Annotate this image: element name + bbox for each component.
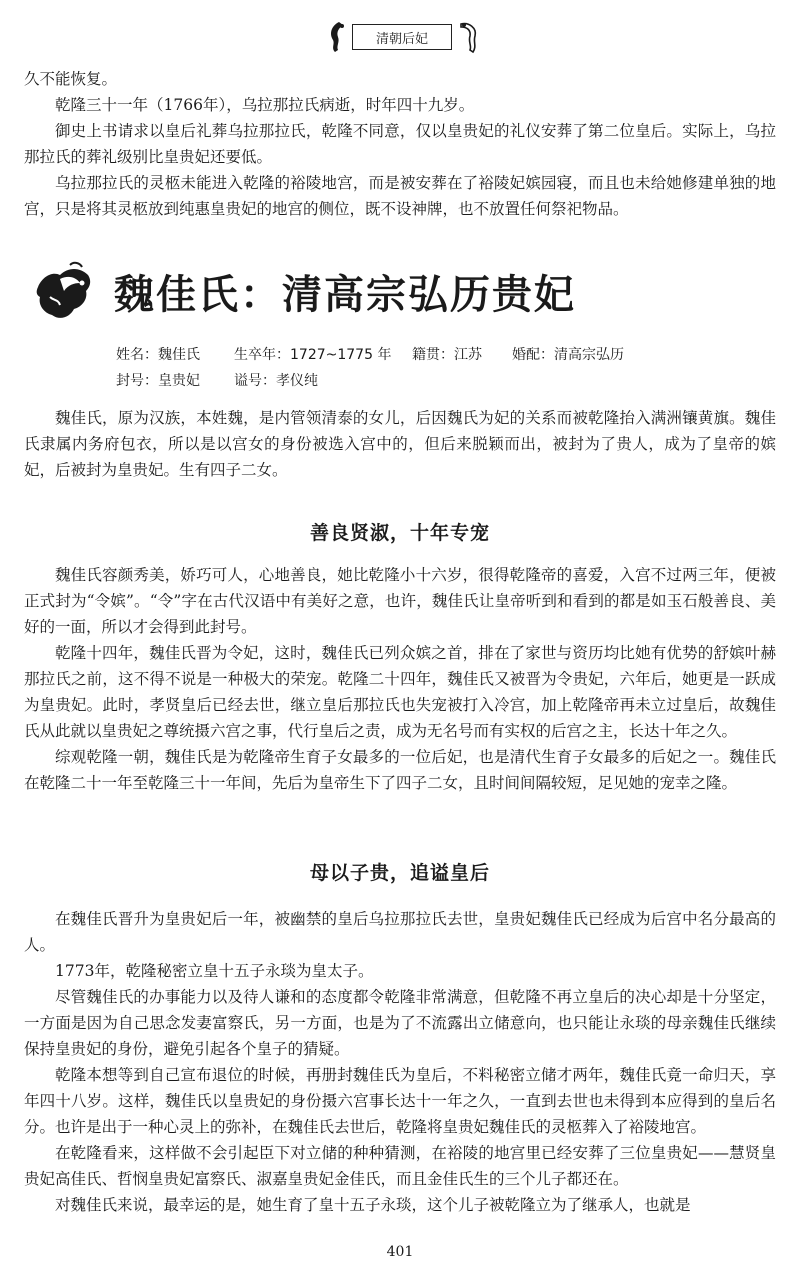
profile-info: 姓名：魏佳氏 生卒年：1727~1775 年 籍贯：江苏 婚配：清高宗弘历 封号… — [116, 342, 624, 394]
paragraph: 魏佳氏，原为汉族，本姓魏，是内管领清泰的女儿，后因魏氏为妃的关系而被乾隆抬入满洲… — [24, 405, 776, 483]
paragraph: 乾隆三十一年（1766年），乌拉那拉氏病逝，时年四十九岁。 — [24, 92, 776, 118]
paragraph: 对魏佳氏来说，最幸运的是，她生育了皇十五子永琰，这个儿子被乾隆立为了继承人，也就… — [24, 1192, 776, 1218]
dragon-ornament-icon — [455, 20, 481, 54]
paragraph: 御史上书请求以皇后礼葬乌拉那拉氏，乾隆不同意，仅以皇贵妃的礼仪安葬了第二位皇后。… — [24, 118, 776, 170]
section-heading: 善良贤淑，十年专宠 — [0, 518, 800, 545]
paragraph: 在乾隆看来，这样做不会引起臣下对立储的种种猜测，在裕陵的地宫里已经安葬了三位皇贵… — [24, 1140, 776, 1192]
paragraph: 乌拉那拉氏的灵柩未能进入乾隆的裕陵地宫，而是被安葬在了裕陵妃嫔园寝，而且也未给她… — [24, 170, 776, 222]
info-years: 生卒年：1727~1775 年 — [234, 342, 412, 368]
paragraph: 魏佳氏容颜秀美，娇巧可人，心地善良，她比乾隆小十六岁，很得乾隆帝的喜爱，入宫不过… — [24, 562, 776, 640]
page-number: 401 — [0, 1244, 800, 1260]
paragraph: 尽管魏佳氏的办事能力以及待人谦和的态度都令乾隆非常满意，但乾隆不再立皇后的决心却… — [24, 984, 776, 1062]
paragraph: 乾隆十四年，魏佳氏晋为令妃，这时，魏佳氏已列众嫔之首，排在了家世与资历均比她有优… — [24, 640, 776, 744]
paragraph: 久不能恢复。 — [24, 66, 776, 92]
paragraph: 综观乾隆一朝，魏佳氏是为乾隆帝生育子女最多的一位后妃，也是清代生育子女最多的后妃… — [24, 744, 776, 796]
info-origin: 籍贯：江苏 — [412, 342, 512, 368]
paragraph: 1773年，乾隆秘密立皇十五子永琰为皇太子。 — [24, 958, 776, 984]
chapter-title: 魏佳氏：清高宗弘历贵妃 — [114, 263, 576, 320]
info-spouse: 婚配：清高宗弘历 — [512, 342, 624, 368]
phoenix-emblem-icon — [30, 257, 98, 325]
chapter-opening: 魏佳氏，原为汉族，本姓魏，是内管领清泰的女儿，后因魏氏为妃的关系而被乾隆抬入满洲… — [24, 405, 776, 483]
section-2-body: 在魏佳氏晋升为皇贵妃后一年，被幽禁的皇后乌拉那拉氏去世，皇贵妃魏佳氏已经成为后宫… — [24, 906, 776, 1218]
chapter-title-row: 魏佳氏：清高宗弘历贵妃 — [30, 256, 576, 326]
section-heading: 母以子贵，追谥皇后 — [0, 858, 800, 885]
info-rank: 封号：皇贵妃 — [116, 368, 234, 394]
running-title: 清朝后妃 — [352, 24, 452, 50]
intro-text: 久不能恢复。 乾隆三十一年（1766年），乌拉那拉氏病逝，时年四十九岁。 御史上… — [24, 66, 776, 222]
section-1-body: 魏佳氏容颜秀美，娇巧可人，心地善良，她比乾隆小十六岁，很得乾隆帝的喜爱，入宫不过… — [24, 562, 776, 796]
paragraph: 乾隆本想等到自己宣布退位的时候，再册封魏佳氏为皇后，不料秘密立储才两年，魏佳氏竟… — [24, 1062, 776, 1140]
info-posthumous: 谥号：孝仪纯 — [234, 368, 318, 394]
info-name: 姓名：魏佳氏 — [116, 342, 234, 368]
running-header: 清朝后妃 — [0, 18, 800, 58]
paragraph: 在魏佳氏晋升为皇贵妃后一年，被幽禁的皇后乌拉那拉氏去世，皇贵妃魏佳氏已经成为后宫… — [24, 906, 776, 958]
